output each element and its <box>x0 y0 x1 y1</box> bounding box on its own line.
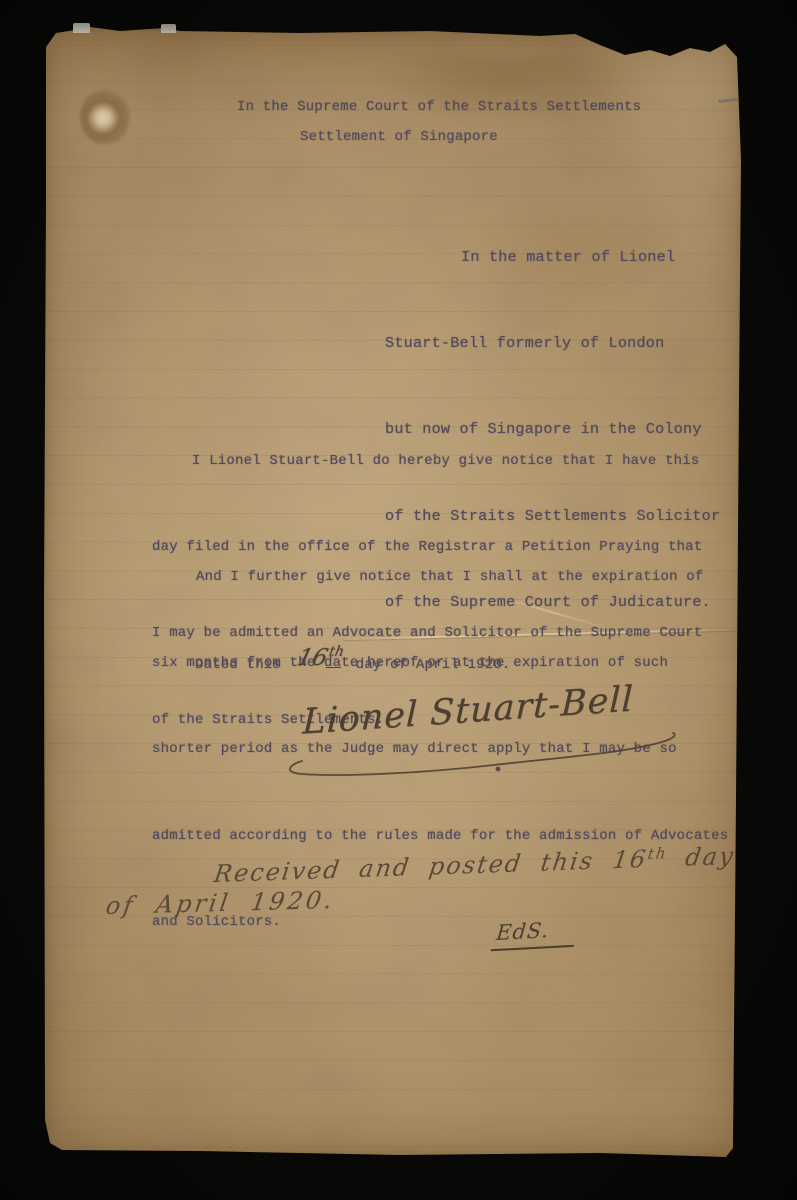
court-header-line1: In the Supreme Court of the Straits Sett… <box>237 93 641 122</box>
handwritten-day-number: 16 <box>294 644 331 673</box>
received-initials: EdS. <box>491 917 577 952</box>
signature-flourish <box>282 729 692 787</box>
tape-remnant <box>73 23 90 33</box>
paper-page: In the Supreme Court of the Straits Sett… <box>44 27 742 1157</box>
document-scan: In the Supreme Court of the Straits Sett… <box>0 0 797 1200</box>
court-header-line2: Settlement of Singapore <box>300 123 498 152</box>
matter-line: Stuart-Bell formerly of London <box>385 329 720 358</box>
dated-prefix: Dated this <box>195 651 281 680</box>
received-text-end: day <box>665 842 737 873</box>
matter-line: In the matter of Lionel <box>385 243 720 272</box>
tape-remnant <box>161 24 176 33</box>
paragraph-line: I Lionel Stuart-Bell do hereby give noti… <box>152 447 703 476</box>
paragraph-line: And I further give notice that I shall a… <box>152 563 728 592</box>
received-ordinal: th <box>647 844 669 863</box>
dated-suffix: day of April 1920. <box>356 651 511 680</box>
dated-line: Dated this 16 th day of April 1920. <box>195 647 511 680</box>
stain-spot <box>80 89 130 145</box>
